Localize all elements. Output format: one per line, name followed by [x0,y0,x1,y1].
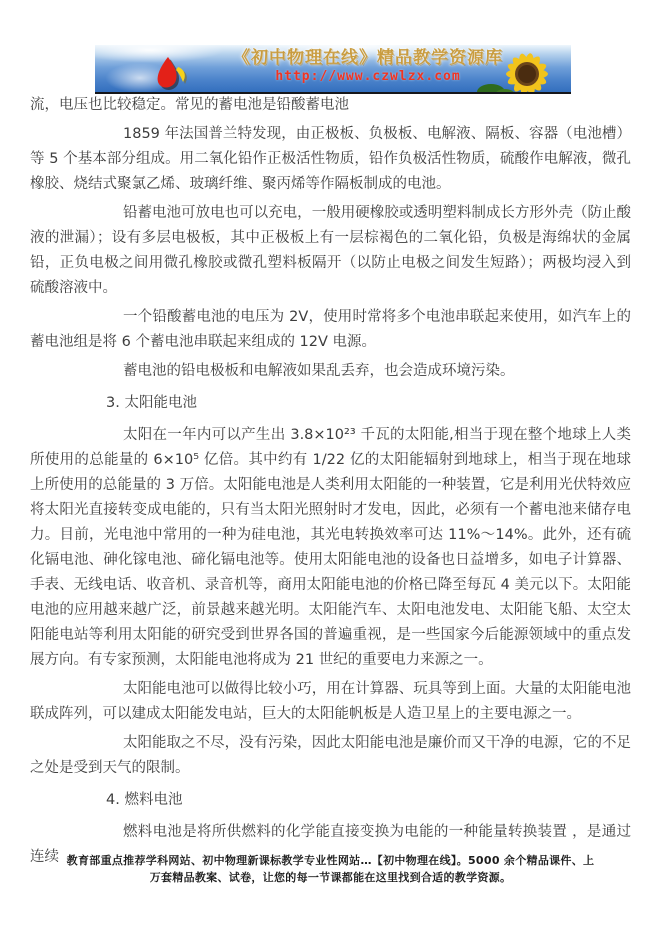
paragraph: 1859 年法国普兰特发现，由正极板、负极板、电解液、隔板、容器（电池槽）等 5… [30,122,631,197]
paragraph: 流，电压也比较稳定。常见的蓄电池是铅酸蓄电池 [30,93,631,118]
paragraph: 太阳能电池可以做得比较小巧，用在计算器、玩具等到上面。大量的太阳能电池联成阵列，… [30,677,631,727]
section-heading: 3. 太阳能电池 [30,391,631,416]
paragraph: 一个铅酸蓄电池的电压为 2V，使用时常将多个电池串联起来使用，如汽车上的蓄电池组… [30,305,631,355]
document-text-area[interactable]: 流，电压也比较稳定。常见的蓄电池是铅酸蓄电池1859 年法国普兰特发现，由正极板… [30,91,631,874]
paragraph: 铅蓄电池可放电也可以充电，一般用硬橡胶或透明塑料制成长方形外壳（防止酸液的泄漏）… [30,201,631,301]
page-footer: 教育部重点推荐学科网站、初中物理新课标教学专业性网站…【初中物理在线】。5000… [62,852,599,886]
section-heading: 4. 燃料电池 [30,788,631,813]
paragraph: 太阳在一年内可以产生出 3.8×10²³ 千瓦的太阳能,相当于现在整个地球上人类… [30,423,631,673]
site-banner: 《初中物理在线》精品教学资源库 http://www.czwlzx.com [95,45,571,94]
paragraph: 蓄电池的铅电极板和电解液如果乱丢弃，也会造成环境污染。 [30,359,631,384]
sunflower-icon [477,45,569,94]
paragraph: 太阳能取之不尽，没有污染，因此太阳能电池是廉价而又干净的电源，它的不足之处是受到… [30,731,631,781]
site-logo-icon [147,51,193,93]
